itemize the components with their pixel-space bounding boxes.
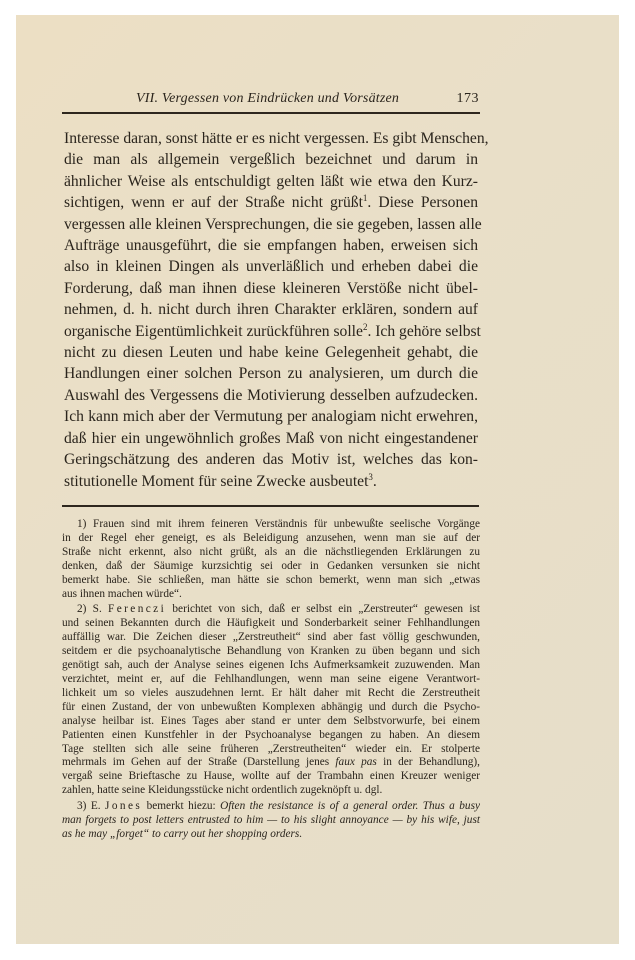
footnote-1: 1) Frauen sind mit ihrem feineren Verstä… — [62, 518, 480, 601]
footnote-line: Straße nicht erkennt, also nicht grüßt, … — [62, 546, 480, 560]
footnote-line: und seinen Bekannten durch die Häufigkei… — [62, 617, 480, 631]
author-name: Ferenczi — [108, 603, 166, 615]
footnote-line: as he may „forget“ to carry out her shop… — [62, 828, 480, 842]
italic-phrase: faux pas — [335, 756, 376, 768]
footnote-line: 1) Frauen sind mit ihrem feineren Verstä… — [62, 518, 480, 532]
footnote-line: bemerkt habe. Sie schließen, man hätte s… — [62, 574, 480, 588]
text-line: Auswahl des Vergessens die Motivierung d… — [64, 385, 478, 406]
footnote-line: genötigt sah, auch der Analyse seines ei… — [62, 659, 480, 673]
footnote-line: vergaß seine Brieftasche zu Hause, wollt… — [62, 770, 480, 784]
running-header: VII. Vergessen von Eindrücken und Vorsät… — [62, 91, 479, 111]
text-line: Interesse daran, sonst hätte er es nicht… — [64, 128, 478, 149]
header-rule — [62, 112, 480, 114]
book-page: VII. Vergessen von Eindrücken und Vorsät… — [16, 15, 619, 944]
text-line: Forderung, daß man ihnen diese kleineren… — [64, 278, 478, 299]
footnote-line: 2) S. Ferenczi berichtet von sich, daß e… — [62, 603, 480, 617]
text-line: vergessen alle kleinen Versprechungen, d… — [64, 214, 478, 235]
footnote-2: 2) S. Ferenczi berichtet von sich, daß e… — [62, 603, 480, 798]
author-name: Jones — [105, 800, 142, 812]
footnote-line: Patienten einen Kunstfehler in der Psych… — [62, 729, 480, 743]
text-line: die man als allgemein vergeßlich bezeich… — [64, 149, 478, 170]
footnote-line: seitdem er die psychoanalytische Behandl… — [62, 645, 480, 659]
paragraph: Interesse daran, sonst hätte er es nicht… — [64, 128, 478, 492]
text-line: also in kleinen Dingen als unverläßlich … — [64, 256, 478, 277]
footnote-line: zahlen, hatte seine Kleidungsstücke nich… — [62, 784, 480, 798]
text-line: Ich kann mich aber der Vermutung per ana… — [64, 406, 478, 427]
text-line: Handlungen einer solchen Person zu analy… — [64, 363, 478, 384]
footnote-3: 3) E. Jones bemerkt hiezu: Often the res… — [62, 800, 480, 842]
footnote-line: man forgets to post letters entrusted to… — [62, 814, 480, 828]
text-line: stitutionelle Moment für seine Zwecke au… — [64, 471, 478, 492]
footnote-line: analyse heilbar ist. Eines Tages aber st… — [62, 715, 480, 729]
footnote-rule — [62, 505, 479, 507]
text-line: daß hier ein ungewöhnlich großes Maß von… — [64, 428, 478, 449]
english-quote: Often the resistance is of a general ord… — [220, 800, 480, 812]
footnote-line: denken, daß der Säumige kurzsichtig sei … — [62, 560, 480, 574]
text-line: organische Eigentümlichkeit zurückführen… — [64, 321, 478, 342]
text-line: sichtigen, wenn er auf der Straße nicht … — [64, 192, 478, 213]
text-line: Geringschätzung des anderen das Motiv is… — [64, 449, 478, 470]
text-line: ähnlicher Weise als entschuldigt gelten … — [64, 171, 478, 192]
text-line: nehmen, d. h. nicht durch ihren Charakte… — [64, 299, 478, 320]
footnote-line: in der Regel eher geneigt, es als Beleid… — [62, 532, 480, 546]
text-line: nicht zu diesen Leuten und habe keine Ge… — [64, 342, 478, 363]
text-line: Aufträge unausgeführt, die sie empfangen… — [64, 235, 478, 256]
footnote-line: aus ihnen machen würde“. — [62, 588, 480, 602]
page-number: 173 — [457, 91, 480, 107]
footnote-line: auffällig war. Die Zeichen dieser „Zerst… — [62, 631, 480, 645]
footnotes: 1) Frauen sind mit ihrem feineren Verstä… — [62, 518, 480, 844]
footnote-line: mehrmals im Gehen auf der Straße (Darste… — [62, 756, 480, 770]
footnote-line: für einen Zustand, der von unbewußten Ko… — [62, 701, 480, 715]
footnote-line: verzichtet, meint er, auf die Fehlhandlu… — [62, 673, 480, 687]
footnote-line: 3) E. Jones bemerkt hiezu: Often the res… — [62, 800, 480, 814]
footnote-line: lichkeit um so vieles auszudehnen lernt.… — [62, 687, 480, 701]
footnote-line: Tage stellten sich alle seine früheren „… — [62, 743, 480, 757]
chapter-title: VII. Vergessen von Eindrücken und Vorsät… — [136, 91, 399, 107]
main-text: Interesse daran, sonst hätte er es nicht… — [64, 128, 478, 492]
